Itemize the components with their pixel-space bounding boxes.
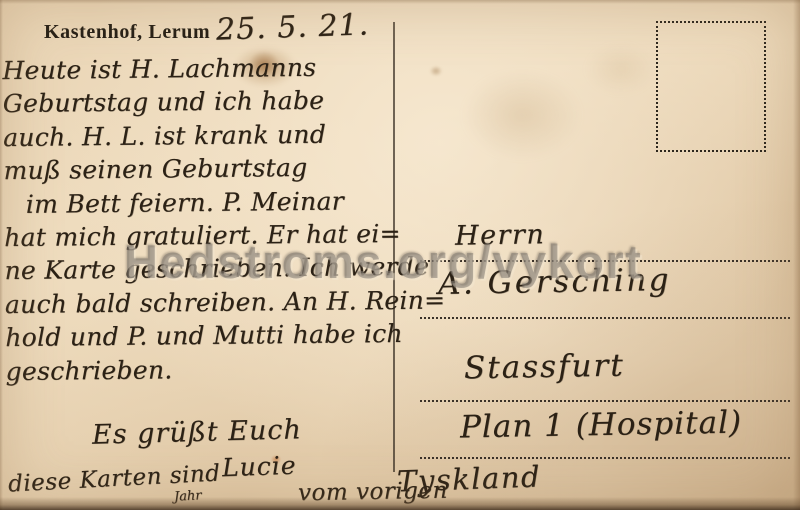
scan-edge-right	[793, 0, 800, 510]
message-line: Heute ist H. Lachmanns	[2, 50, 402, 88]
signature: Lucie	[222, 451, 297, 483]
scan-edge-bottom	[0, 497, 800, 510]
bottom-note-country: Tyskland	[396, 459, 541, 498]
address-rule-line	[420, 317, 790, 319]
scan-edge-left	[0, 0, 3, 510]
message-line: auch. H. L. ist krank und	[3, 117, 403, 155]
address-rule-line	[420, 457, 790, 459]
stain-faint	[462, 70, 582, 160]
stamp-box	[656, 21, 766, 152]
postcard-scan: Kastenhof, Lerum 25. 5. 21. Heute ist H.…	[0, 0, 800, 510]
message-closing: Es grüßt Euch	[92, 414, 303, 450]
message-line: im Bett feiern. P. Meinar	[4, 184, 404, 222]
message-line: Geburtstag und ich habe	[3, 83, 403, 121]
stain-faint	[586, 44, 656, 94]
handwritten-message: Heute ist H. Lachmanns Geburtstag und ic…	[2, 50, 405, 388]
scan-edge-top	[0, 0, 800, 4]
address-line-street: Plan 1 (Hospital)	[460, 405, 743, 446]
printed-location-header: Kastenhof, Lerum	[44, 21, 210, 44]
message-line: muß seinen Geburtstag	[3, 150, 403, 188]
address-line-city: Stassfurt	[464, 348, 625, 387]
message-line: hold und P. und Mutti habe ich	[5, 317, 405, 355]
address-rule-line	[420, 400, 790, 402]
handwritten-date: 25. 5. 21.	[215, 7, 369, 47]
message-line: auch bald schreiben. An H. Rein=	[5, 284, 405, 322]
watermark-text: Hedstroms.org/vykort	[124, 234, 642, 289]
message-line: geschrieben.	[5, 351, 405, 389]
stain-speck	[430, 66, 442, 76]
